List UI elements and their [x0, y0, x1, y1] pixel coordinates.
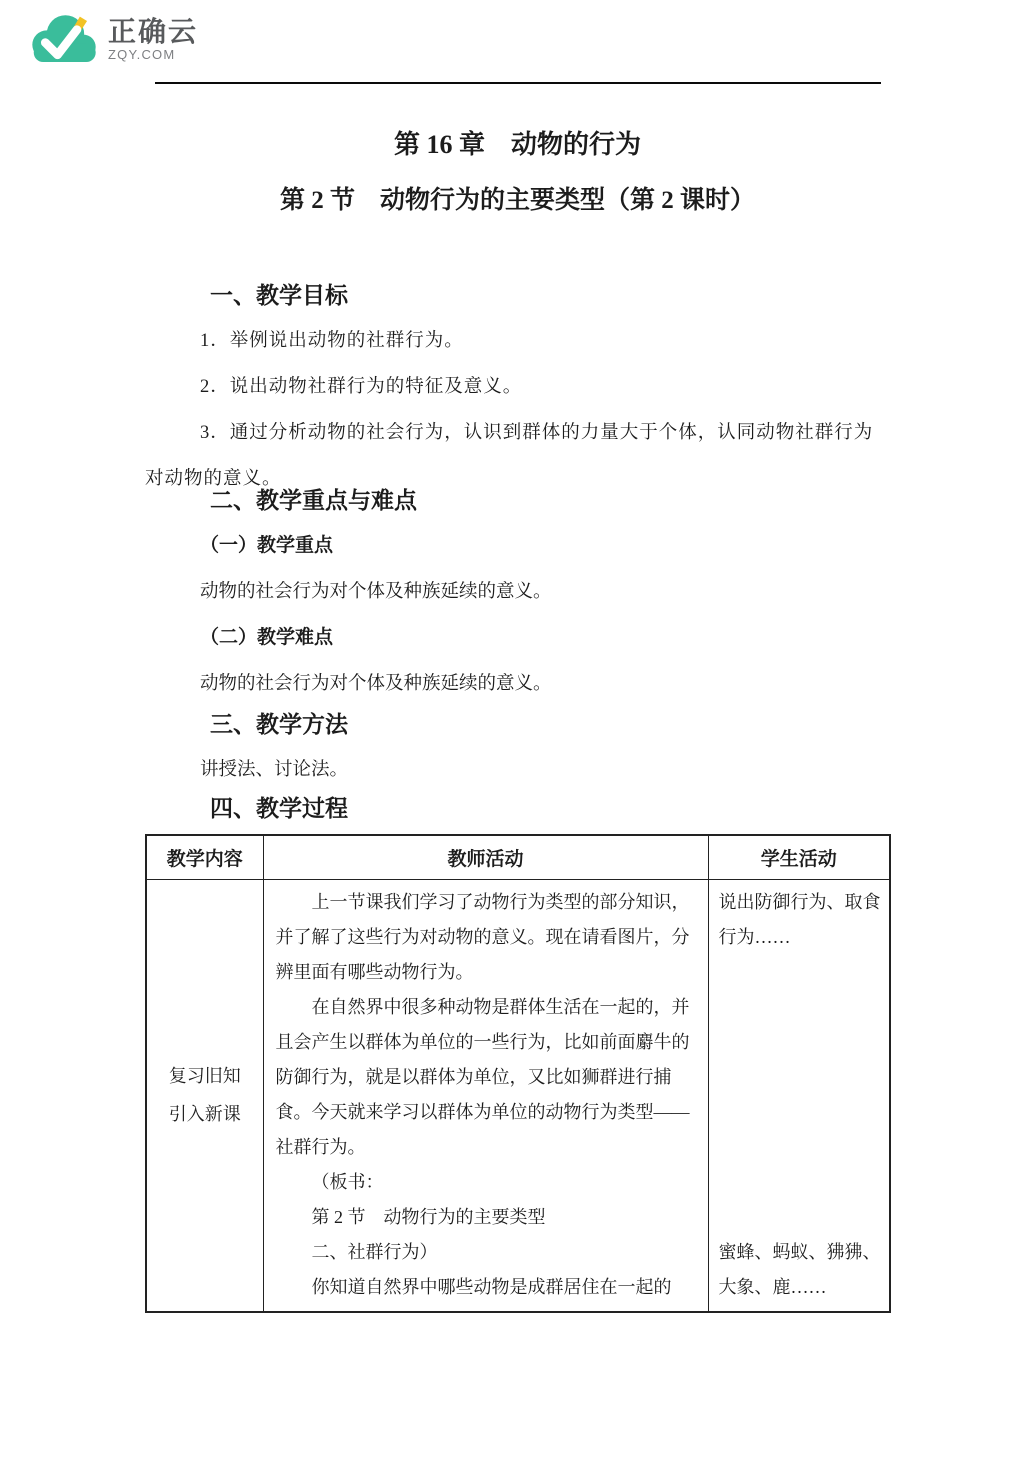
teacher-paragraph-1: 上一节课我们学习了动物行为类型的部分知识，并了解了这些行为对动物的意义。现在请看…: [276, 885, 698, 990]
column-header-teacher-activity: 教师活动: [263, 835, 708, 879]
brand-domain: ZQY.COM: [108, 47, 198, 62]
objective-item-1: 1．举例说出动物的社群行为。: [145, 318, 890, 364]
brand-name: 正确云: [108, 17, 198, 47]
cell-teacher-activity: 上一节课我们学习了动物行为类型的部分知识，并了解了这些行为对动物的意义。现在请看…: [263, 879, 708, 1312]
student-answer-bottom: 蜜蜂、蚂蚁、狒狒、大象、鹿……: [719, 1235, 884, 1305]
heading-teaching-process: 四、教学过程: [145, 785, 890, 831]
column-header-student-activity: 学生活动: [708, 835, 890, 879]
site-logo: 正确云 ZQY.COM: [28, 10, 198, 68]
logo-text: 正确云 ZQY.COM: [108, 17, 198, 62]
chapter-title: 第 16 章 动物的行为: [145, 122, 890, 168]
teacher-paragraph-4: 第 2 节 动物行为的主要类型: [276, 1200, 698, 1235]
teacher-paragraph-5: 二、社群行为）: [276, 1235, 698, 1270]
column-header-content: 教学内容: [146, 835, 263, 879]
key-point-body: 动物的社会行为对个体及种族延续的意义。: [145, 569, 890, 615]
subheading-key-point: （一）教学重点: [145, 523, 890, 569]
heading-key-points: 二、教学重点与难点: [145, 477, 890, 523]
cell-student-activity: 说出防御行为、取食行为…… 蜜蜂、蚂蚁、狒狒、大象、鹿……: [708, 879, 890, 1312]
heading-teaching-methods: 三、教学方法: [145, 701, 890, 747]
subheading-difficulty: （二）教学难点: [145, 615, 890, 661]
table-header-row: 教学内容 教师活动 学生活动: [146, 835, 890, 879]
cell-teaching-content: 复习旧知 引入新课: [146, 879, 263, 1312]
student-answer-top: 说出防御行为、取食行为……: [719, 885, 884, 955]
cloud-check-icon: [28, 10, 100, 68]
teacher-paragraph-6: 你知道自然界中哪些动物是成群居住在一起的: [276, 1270, 698, 1305]
teacher-paragraph-3: （板书：: [276, 1165, 698, 1200]
objective-item-2: 2．说出动物社群行为的特征及意义。: [145, 364, 890, 410]
document-page: 第 16 章 动物的行为 第 2 节 动物行为的主要类型（第 2 课时） 一、教…: [145, 110, 890, 1313]
content-line-1: 复习旧知: [148, 1057, 262, 1095]
section-title: 第 2 节 动物行为的主要类型（第 2 课时）: [145, 178, 890, 224]
teaching-process-table: 教学内容 教师活动 学生活动 复习旧知 引入新课 上一节课我们学习了动物行为类型…: [145, 834, 891, 1313]
table-row: 复习旧知 引入新课 上一节课我们学习了动物行为类型的部分知识，并了解了这些行为对…: [146, 879, 890, 1312]
header-divider: [155, 82, 881, 84]
content-line-2: 引入新课: [148, 1095, 262, 1133]
heading-teaching-objectives: 一、教学目标: [145, 272, 890, 318]
teacher-paragraph-2: 在自然界中很多种动物是群体生活在一起的，并且会产生以群体为单位的一些行为，比如前…: [276, 990, 698, 1165]
